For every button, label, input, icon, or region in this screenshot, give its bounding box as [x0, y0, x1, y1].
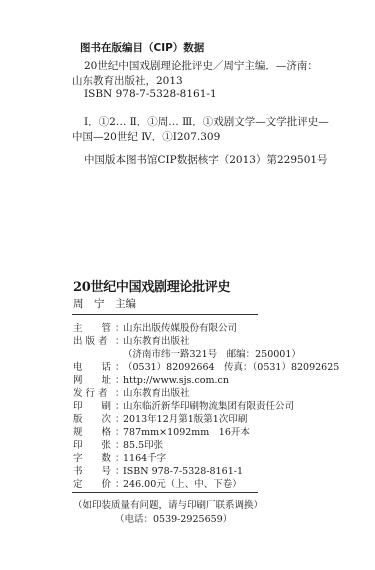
- colophon-row: 电 话：（0531）82092664 传真：（0531）82092625: [73, 359, 339, 373]
- colophon-row: 规 格：787mm×1092mm 16开本: [73, 424, 250, 438]
- cip-line-1: 20世纪中国戏剧理论批评史／周宁主编．—济南：: [84, 58, 318, 73]
- colophon-label: 书 号: [73, 463, 115, 477]
- colophon-colon: ：: [115, 463, 123, 477]
- book-editor: 周 宁 主编: [73, 296, 136, 311]
- colophon-colon: ：: [115, 450, 123, 464]
- colophon-row: 出 版 者：山东教育出版社: [73, 333, 190, 347]
- cip-line-5: 中国—20世纪 Ⅳ．①I207.309: [72, 129, 220, 144]
- colophon-row: 版 次：2013年12月第1版第1次印刷: [73, 411, 247, 425]
- colophon-colon: ：: [115, 437, 123, 451]
- colophon-colon: ：: [115, 320, 123, 334]
- colophon-colon: ：: [115, 359, 123, 373]
- book-title: 20世纪中国戏剧理论批评史: [73, 276, 230, 295]
- colophon-row: 定 价：246.00元（上、中、下卷）: [73, 476, 242, 490]
- colophon-colon: ：: [115, 476, 123, 490]
- cip-line-4: Ⅰ．①2… Ⅱ．①周… Ⅲ．①戏剧文学—文学批评史—: [84, 114, 329, 129]
- phone-note: （电话：0539-2925659）: [115, 511, 232, 525]
- cip-line-3: ISBN 978-7-5328-8161-1: [84, 88, 217, 100]
- colophon-row: 字 数：1164千字: [73, 450, 166, 464]
- colophon-label: 电 话: [73, 359, 115, 373]
- colophon-label: 主 管: [73, 320, 115, 334]
- colophon-label: 网 址: [73, 372, 115, 386]
- divider-top: [72, 314, 258, 315]
- quality-note: （如印装质量有问题，请与印刷厂联系调换）: [73, 497, 263, 511]
- colophon-label: 印 张: [73, 437, 115, 451]
- colophon-row: 印 刷：山东临沂新华印刷物流集团有限责任公司: [73, 398, 294, 412]
- colophon-label: 发 行 者: [73, 385, 115, 399]
- colophon-colon: ：: [115, 372, 123, 386]
- colophon-label: 字 数: [73, 450, 115, 464]
- colophon-label: 出 版 者: [73, 333, 115, 347]
- colophon-row: 发 行 者：山东教育出版社: [73, 385, 190, 399]
- colophon-label: 规 格: [73, 424, 115, 438]
- cip-heading: 图书在版编目（CIP）数据: [80, 40, 204, 55]
- cip-line-6: 中国版本图书馆CIP数据核字（2013）第229501号: [84, 152, 328, 167]
- colophon-row: 主 管：山东出版传媒股份有限公司: [73, 320, 237, 334]
- colophon-row: （济南市纬一路321号 邮编：250001）: [73, 346, 301, 360]
- colophon-label: 版 次: [73, 411, 115, 425]
- colophon-label: 定 价: [73, 476, 115, 490]
- colophon-colon: ：: [115, 424, 123, 438]
- colophon-colon: ：: [115, 385, 123, 399]
- colophon-value: 246.00元（上、中、下卷）: [123, 479, 242, 490]
- colophon-colon: ：: [115, 333, 123, 347]
- colophon-label: 印 刷: [73, 398, 115, 412]
- colophon-colon: ：: [115, 398, 123, 412]
- colophon-row: 书 号：ISBN 978-7-5328-8161-1: [73, 463, 243, 477]
- colophon-row: 印 张：85.5印张: [73, 437, 163, 451]
- colophon-row: 网 址：http://www.sjs.com.cn: [73, 372, 229, 386]
- colophon-colon: ：: [115, 411, 123, 425]
- divider-bottom: [72, 492, 258, 493]
- cip-line-2: 山东教育出版社，2013: [72, 73, 183, 88]
